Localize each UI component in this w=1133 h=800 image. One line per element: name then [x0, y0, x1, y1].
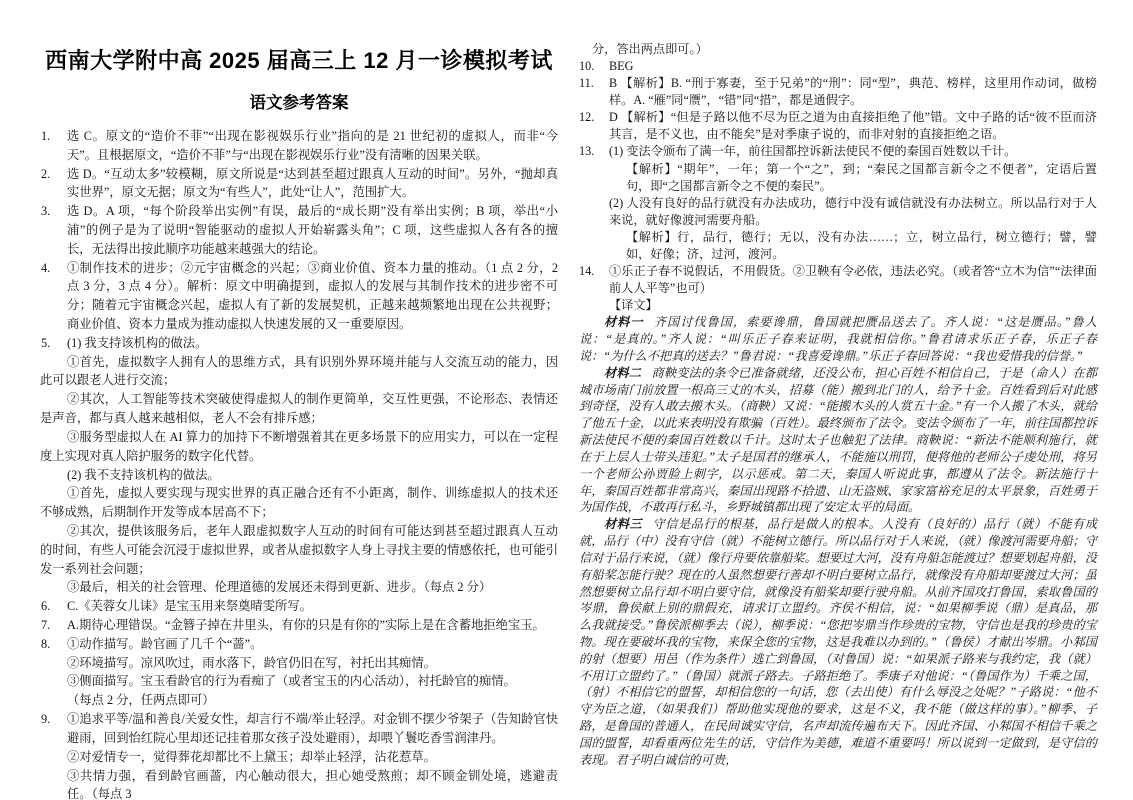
- item-text: (1) 我支持该机构的做法。: [67, 336, 207, 350]
- item-text: 选 C。原文的“造价不菲”“出现在影视娱乐行业”指向的是 21 世纪初的虚拟人，…: [67, 129, 558, 162]
- answer-paragraph: ①首先，虚拟数字人拥有人的思维方式，具有识别外界环境并能与人交流互动的能力，因此…: [40, 353, 558, 391]
- item-number: 11.: [579, 75, 594, 92]
- item-number: 14.: [579, 263, 594, 280]
- answer-item-9: 9. ①追求平等/温和善良/关爱女性，却言行不端/举止轻浮。对金钏不摆少爷架子（…: [40, 710, 558, 800]
- translation-material-3: 材料三守信是品行的根基，品行是做人的根本。人没有（良好的）品行（就）不能有成就，…: [579, 516, 1097, 768]
- item-number: 1.: [41, 127, 50, 146]
- item-number: 6.: [41, 597, 50, 616]
- item-text: ①制作技术的进步；②元宇宙概念的兴起；③商业价值、资本力量的推动。（1 点 2 …: [67, 261, 558, 331]
- answer-item-14: 14. ①乐正子春不说假话，不用假货。②卫鞅有令必依，违法必究。（或者答“立木为…: [579, 263, 1097, 314]
- item-text: BEG: [609, 59, 633, 73]
- answer-item-3: 3.选 D。A 项，“每个阶段举出实例”有误，最后的“成长期”没有举出实例；B …: [40, 202, 558, 258]
- answer-paragraph: ①首先，虚拟人要实现与现实世界的真正融合还有不小距离，制作、训练虚拟人的技术还不…: [40, 484, 558, 522]
- translation-text: 齐国讨伐鲁国，索要谗鼎，鲁国就把赝品送去了。齐人说：“这是赝品。”鲁人说：“是真…: [579, 315, 1097, 363]
- item-number: 7.: [41, 616, 50, 635]
- translation-text: 商鞅变法的条令已准备就绪，还没公布，担心百姓不相信自己，于是（命人）在都城市场南…: [579, 366, 1097, 515]
- item-line: ②环境描写。凉风吹过，雨水落下，龄官仍旧在写，衬托出其痴情。: [67, 654, 558, 673]
- answer-item-1: 1.选 C。原文的“造价不菲”“出现在影视娱乐行业”指向的是 21 世纪初的虚拟…: [40, 127, 558, 165]
- explanation-line: 【解析】“期年”，一年；第一个“之”，到；“秦民之国都言新令之不便者”，定语后置…: [609, 161, 1097, 195]
- item-text: 选 D。“互动太多”较模糊，原文所说是“达到甚至超过跟真人互动的时间”。另外，“…: [67, 167, 558, 200]
- item-text: D 【解析】“但是子路以他不尽为臣之道为由直接拒绝了他”错。文中子路的话“彼不臣…: [609, 110, 1097, 141]
- item-line: ①乐正子春不说假话，不用假货。②卫鞅有令必依，违法必究。（或者答“立木为信”“法…: [609, 263, 1097, 297]
- translation-material-2: 材料二商鞅变法的条令已准备就绪，还没公布，担心百姓不相信自己，于是（命人）在都城…: [579, 365, 1097, 516]
- item-number: 4.: [41, 259, 50, 278]
- item-number: 10.: [579, 58, 594, 75]
- answer-item-2: 2.选 D。“互动太多”较模糊，原文所说是“达到甚至超过跟真人互动的时间”。另外…: [40, 165, 558, 203]
- answer-item-13: 13. (1) 变法令颁布了满一年，前往国都控诉新法使民不便的秦国百姓数以千计。…: [579, 143, 1097, 263]
- item-number: 13.: [579, 143, 594, 160]
- answer-item-4: 4.①制作技术的进步；②元宇宙概念的兴起；③商业价值、资本力量的推动。（1 点 …: [40, 259, 558, 334]
- answer-paragraph: ②其次，人工智能等技术突破使得虚拟人的制作更简单，交互性更强，不论形态、表情还是…: [40, 390, 558, 428]
- answer-item-5: 5.(1) 我支持该机构的做法。: [40, 334, 558, 353]
- answer-paragraph: (2) 我不支持该机构的做法。: [40, 466, 558, 485]
- answer-item-7: 7.A.期待心理错误。“金簪子掉在井里头，有你的只是有你的”实际上是在含蓄地拒绝…: [40, 616, 558, 635]
- item-line: ①动作描写。龄官画了几千个“蔷”。: [67, 635, 558, 654]
- item-line: ②对爱情专一，觉得葬花却都比不上黛玉；却举止轻浮，沾花惹草。: [67, 748, 558, 767]
- item-number: 12.: [579, 109, 594, 126]
- translation-text: 守信是品行的根基，品行是做人的根本。人没有（良好的）品行（就）不能有成就，品行（…: [579, 517, 1097, 767]
- item-line: （每点 2 分，任两点即可）: [67, 691, 558, 710]
- material-label: 材料一: [604, 315, 644, 329]
- item-number: 8.: [41, 635, 50, 654]
- item-number: 9.: [41, 710, 50, 729]
- item-line: (1) 变法令颁布了满一年，前往国都控诉新法使民不便的秦国百姓数以千计。: [609, 143, 1097, 160]
- material-label: 材料三: [604, 517, 642, 531]
- item-text: 选 D。A 项，“每个阶段举出实例”有误，最后的“成长期”没有举出实例；B 项，…: [67, 204, 558, 256]
- item-text: B 【解析】B. “刑于寡妻，至于兄弟”的“刑”：同“型”，典范、榜样，这里用作…: [609, 76, 1097, 107]
- item-line: ③侧面描写。宝玉看龄官的行为看痴了（或者宝玉的内心活动），衬托龄官的痴情。: [67, 672, 558, 691]
- answer-item-6: 6.C.《芙蓉女儿诔》是宝玉用来祭奠晴雯所写。: [40, 597, 558, 616]
- material-label: 材料二: [604, 366, 641, 380]
- item-line: (2) 人没有良好的品行就没有办法成功，德行中没有诚信就没有办法树立。所以品行对…: [609, 195, 1097, 229]
- continuation-line: 分，答出两点即可。）: [579, 41, 1097, 58]
- item-number: 2.: [41, 165, 50, 184]
- item-number: 3.: [41, 202, 50, 221]
- translation-label: 【译文】: [609, 297, 1097, 314]
- document-page: 西南大学附中高 2025 届高三上 12 月一诊模拟考试 语文参考答案 1.选 …: [0, 0, 1133, 800]
- translation-material-1: 材料一齐国讨伐鲁国，索要谗鼎，鲁国就把赝品送去了。齐人说：“这是赝品。”鲁人说：…: [579, 314, 1097, 364]
- page-title: 西南大学附中高 2025 届高三上 12 月一诊模拟考试: [40, 44, 558, 78]
- item-line: ③共情力强，看到龄官画蔷，内心触动很大，担心她受熬煎；却不顾金钏处境，逃避责任。…: [67, 767, 558, 800]
- answer-paragraph: ③最后，相关的社会管理、伦理道德的发展还未得到更新、进步。（每点 2 分）: [40, 578, 558, 597]
- answer-item-10: 10.BEG: [579, 58, 1097, 75]
- answer-item-11: 11.B 【解析】B. “刑于寡妻，至于兄弟”的“刑”：同“型”，典范、榜样，这…: [579, 75, 1097, 109]
- right-column: 分，答出两点即可。） 10.BEG 11.B 【解析】B. “刑于寡妻，至于兄弟…: [579, 0, 1097, 800]
- answer-item-8: 8. ①动作描写。龄官画了几千个“蔷”。 ②环境描写。凉风吹过，雨水落下，龄官仍…: [40, 635, 558, 710]
- item-text: A.期待心理错误。“金簪子掉在井里头，有你的只是有你的”实际上是在含蓄地拒绝宝玉…: [67, 618, 545, 632]
- answer-item-12: 12.D 【解析】“但是子路以他不尽为臣之道为由直接拒绝了他”错。文中子路的话“…: [579, 109, 1097, 143]
- item-text: C.《芙蓉女儿诔》是宝玉用来祭奠晴雯所写。: [67, 599, 312, 613]
- item-line: ①追求平等/温和善良/关爱女性，却言行不端/举止轻浮。对金钏不摆少爷架子（告知龄…: [67, 710, 558, 748]
- answer-paragraph: ③服务型虚拟人在 AI 算力的加持下不断增强着其在更多场景下的应用实力，可以在一…: [40, 428, 558, 466]
- answer-paragraph: ②其次，提供该服务后，老年人跟虚拟数字人互动的时间有可能达到甚至超过跟真人互动的…: [40, 522, 558, 578]
- page-subtitle: 语文参考答案: [40, 91, 558, 116]
- explanation-line: 【解析】行，品行，德行；无以，没有办法……；立，树立品行，树立德行；譬，譬如，好…: [609, 229, 1097, 263]
- item-number: 5.: [41, 334, 50, 353]
- left-column: 西南大学附中高 2025 届高三上 12 月一诊模拟考试 语文参考答案 1.选 …: [40, 0, 558, 800]
